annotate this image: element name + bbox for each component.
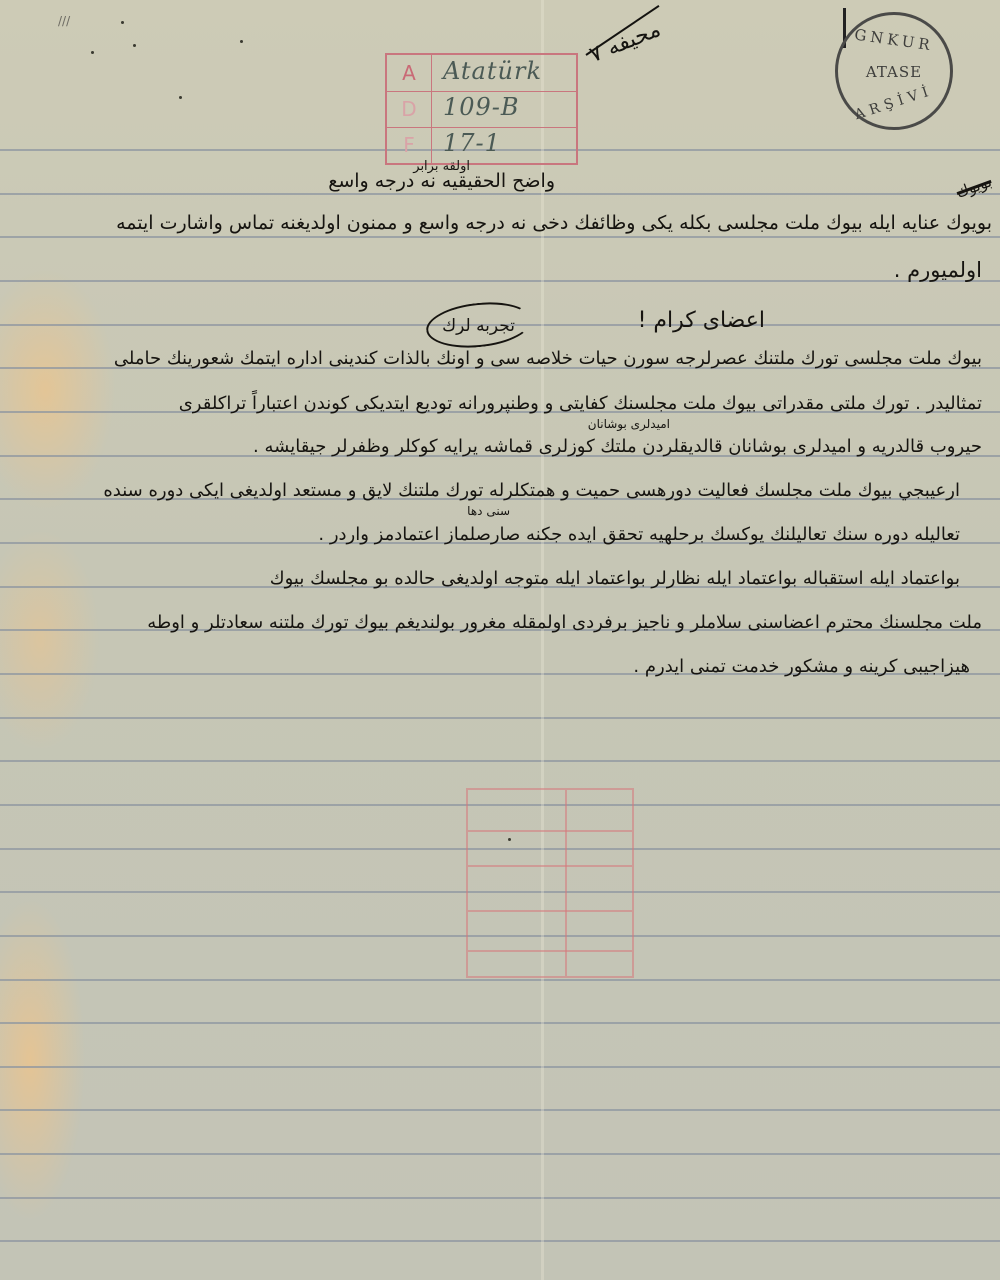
stamp-divider [468,910,632,912]
ink-speck [91,51,94,54]
handwritten-line-8: تعاليله دوره سنك تعاليلنك يوكسك برحلهيه … [318,526,960,544]
ruled-line [0,1109,1000,1111]
handwritten-line-7: ارعيبجي بيوك ملت مجلسك فعاليت دورهسى حمي… [103,482,960,500]
stamp-divider [468,830,632,832]
stamp-key: A [387,55,432,91]
stamp-value: 17-1 [443,129,501,157]
stamp-divider [468,950,632,952]
ruled-line [0,1197,1000,1199]
stamp-row-d: D 109-B [387,91,576,128]
pencil-mark: /// [58,14,70,28]
stamp-key: F [387,127,432,163]
stamp-row-f: F 17-1 [387,127,576,163]
stamp-divider [565,790,567,976]
ruled-line [0,236,1000,238]
handwritten-line-9: بواعتماد ايله استقباله بواعتماد ايله نظا… [270,570,960,588]
stamp-row-a: A Atatürk [387,55,576,92]
handwritten-line-5: تمثاليدر . تورك ملتى مقدراتى بيوك ملت مج… [179,395,982,413]
handwritten-line-10: ملت مجلسنك محترم اعضاسنى سلاملر و ناجيز … [147,614,982,632]
ruled-line [0,1153,1000,1155]
handwritten-line-0: واضح الحقيقيه نه درجه واسع [328,172,555,191]
corner-note: محيفه ٧ [586,17,664,68]
margin-strikeout: بويوك [954,174,993,200]
ink-speck [121,21,124,24]
ruled-line [0,1022,1000,1024]
stamp-value: Atatürk [443,57,542,85]
ruled-line [0,760,1000,762]
handwritten-line-1: بويوك عنايه ايله بيوك ملت مجلسى بكله يكى… [116,214,992,233]
archive-seal: GNKUR ATASE ARŞİVİ [835,12,953,130]
insert-above-line-8: سنى دها [467,505,510,517]
archive-stamp: A Atatürk D 109-B F 17-1 [385,53,578,165]
seal-top-text: GNKUR [837,23,950,56]
ink-speck [240,40,243,43]
salutation: اعضاى كرام ! [638,310,765,332]
seal-bottom-text: ARŞİVİ [838,78,949,128]
ruled-line [0,193,1000,195]
insert-above-line-6: اميدلرى بوشانان [588,418,670,430]
ink-speck [133,44,136,47]
stamp-divider [468,865,632,867]
ruled-line [0,979,1000,981]
stamp-value: 109-B [443,93,520,121]
ruled-line [0,1240,1000,1242]
handwritten-line-11: هيزاجيبى كرينه و مشكور خدمت تمنى ايدرم . [633,658,970,676]
paper-fold [541,0,544,1280]
handwritten-line-4: بيوك ملت مجلسى تورك ملتنك عصرلرجه سورن ح… [114,350,982,368]
faded-stamp [466,788,634,978]
ruled-line [0,280,1000,282]
handwritten-line-6: حيروب قالدريه و اميدلرى بوشانان قالديقلر… [253,438,982,456]
circled-heading: تجربه لرك [442,318,515,335]
ink-speck [179,96,182,99]
struck-word: بويوك [954,172,994,201]
seal-middle-text: ATASE [838,63,950,81]
ruled-line [0,717,1000,719]
handwritten-line-2: اولميورم . [894,260,982,281]
ruled-line [0,1066,1000,1068]
stamp-key: D [387,91,432,127]
document-page: /// محيفه ٧ A Atatürk D 109-B F 17-1 GNK… [0,0,1000,1280]
